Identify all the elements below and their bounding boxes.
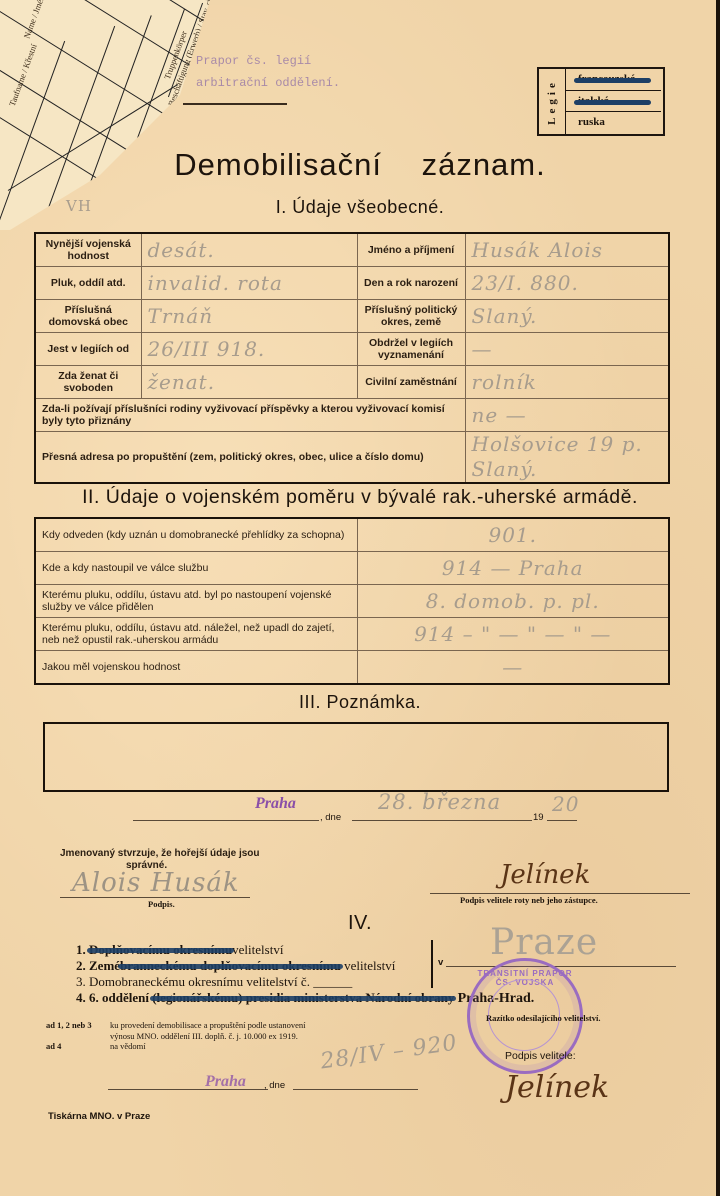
legie-label: Legie bbox=[546, 79, 558, 125]
office-stamp-line2: arbitrační oddělení. bbox=[196, 72, 340, 94]
field-value[interactable]: — bbox=[357, 651, 669, 685]
legie-option-italian: italská bbox=[566, 91, 663, 112]
date-line-2 bbox=[293, 1089, 418, 1090]
general-info-wide-row: Přesná adresa po propuštění (zem, politi… bbox=[35, 432, 669, 484]
field-value[interactable]: Trnáň bbox=[141, 300, 357, 333]
soldier-signature: Alois Husák bbox=[72, 868, 240, 898]
struck-text: branneckému doplňovacímu okresnímu bbox=[120, 958, 341, 974]
signature-line bbox=[60, 897, 250, 898]
field-label: Kterému pluku, oddílu, ústavu atd. byl p… bbox=[35, 585, 357, 618]
company-commander-signature: Jelínek bbox=[500, 860, 590, 890]
field-value[interactable]: 26/III 918. bbox=[141, 333, 357, 366]
commander-signature: Jelínek bbox=[505, 1070, 609, 1105]
field-value[interactable]: — bbox=[465, 333, 669, 366]
year-prefix: 19 bbox=[533, 812, 544, 823]
general-info-row: Pluk, oddíl atd.invalid. rotaDen a rok n… bbox=[35, 267, 669, 300]
dne-label-2: , dne bbox=[264, 1080, 285, 1091]
footnote-text-1: ku provedení demobilisace a propuštění p… bbox=[110, 1020, 330, 1042]
recipient-item-3: 3. Domobraneckému okresnímu velitelství … bbox=[76, 974, 534, 990]
date-line bbox=[352, 820, 532, 821]
field-label: Zda-li požívají příslušníci rodiny vyživ… bbox=[35, 399, 465, 432]
general-info-table: Nynější vojenská hodnostdesát.Jméno a př… bbox=[34, 232, 670, 484]
struck-text: (legionářskému) presidia ministerstva Ná… bbox=[152, 990, 454, 1006]
field-value[interactable]: ne — bbox=[465, 399, 669, 432]
military-history-row: Kde a kdy nastoupil ve válce službu914 —… bbox=[35, 552, 669, 585]
general-info-wide-row: Zda-li požívají příslušníci rodiny vyživ… bbox=[35, 399, 669, 432]
legie-box: Legie francouzská italská ruska bbox=[537, 67, 665, 136]
field-value[interactable]: invalid. rota bbox=[141, 267, 357, 300]
v-value: Praze bbox=[490, 922, 598, 963]
signature-label: Podpis. bbox=[148, 899, 175, 909]
year-line bbox=[547, 820, 577, 821]
confirmation-text-1: Jmenovaný stvrzuje, že hořejší údaje jso… bbox=[60, 848, 260, 859]
legie-option-russian: ruska bbox=[566, 112, 663, 133]
title-word1: Demobilisační bbox=[174, 147, 382, 182]
struck-text: Doplňovacímu okresnímu bbox=[89, 942, 232, 958]
note-box[interactable] bbox=[43, 722, 669, 792]
place-stamp-praha: Praha bbox=[255, 795, 296, 813]
footnote-ref-2: ad 4 bbox=[46, 1041, 61, 1051]
field-label: Civilní zaměstnání bbox=[357, 366, 465, 399]
general-info-row: Zda ženat či svobodenženat.Civilní zaměs… bbox=[35, 366, 669, 399]
recipient-item-4: 4. 6. oddělení (legionářskému) presidia … bbox=[76, 990, 534, 1007]
section1-heading: I. Údaje všeobecné. bbox=[0, 197, 720, 218]
place-line-2 bbox=[108, 1089, 268, 1090]
general-info-row: Příslušná domovská obecTrnáňPříslušný po… bbox=[35, 300, 669, 333]
page-edge bbox=[716, 0, 720, 1200]
field-label: Kterému pluku, oddílu, ústavu atd. nálež… bbox=[35, 618, 357, 651]
field-label: Obdržel v legiích vyznamenání bbox=[357, 333, 465, 366]
field-value[interactable]: 901. bbox=[357, 518, 669, 552]
stamp-caption: Razítko odesílajícího velitelství. bbox=[486, 1013, 601, 1023]
field-label: Jméno a příjmení bbox=[357, 233, 465, 267]
folded-corner-sheet: Stand, Charakter, Beschäftigung (Erwerb)… bbox=[0, 0, 240, 230]
field-value[interactable]: 914 — Praha bbox=[357, 552, 669, 585]
military-history-row: Kterému pluku, oddílu, ústavu atd. nálež… bbox=[35, 618, 669, 651]
field-label: Zda ženat či svoboden bbox=[35, 366, 141, 399]
footnote-ref-1: ad 1, 2 neb 3 bbox=[46, 1020, 106, 1030]
field-value[interactable]: ženat. bbox=[141, 366, 357, 399]
commander-signature-line bbox=[430, 893, 690, 894]
pencil-date: 28/IV – 920 bbox=[319, 1031, 459, 1075]
field-label: Příslušná domovská obec bbox=[35, 300, 141, 333]
document-title: Demobilisační záznam. bbox=[0, 147, 720, 183]
field-label: Kde a kdy nastoupil ve válce službu bbox=[35, 552, 357, 585]
dne-label: , dne bbox=[320, 812, 341, 823]
field-label: Jest v legiích od bbox=[35, 333, 141, 366]
field-value[interactable]: Husák Alois bbox=[465, 233, 669, 267]
office-stamp: Prapor čs. legií arbitrační oddělení. bbox=[196, 50, 340, 94]
place-line bbox=[133, 820, 319, 821]
section3-heading: III. Poznámka. bbox=[0, 692, 720, 713]
field-label: Nynější vojenská hodnost bbox=[35, 233, 141, 267]
legie-option-french: francouzská bbox=[566, 69, 663, 90]
section2-heading: II. Údaje o vojenském poměru v bývalé ra… bbox=[0, 486, 720, 509]
field-label: Jakou měl vojenskou hodnost bbox=[35, 651, 357, 685]
field-value[interactable]: 914 – " — " — " — bbox=[357, 618, 669, 651]
military-history-row: Kterému pluku, oddílu, ústavu atd. byl p… bbox=[35, 585, 669, 618]
field-label: Kdy odveden (kdy uznán u domobranecké př… bbox=[35, 518, 357, 552]
date-value: 28. března bbox=[378, 790, 501, 814]
v-line bbox=[446, 966, 676, 967]
top-rule bbox=[183, 103, 287, 105]
field-label: Den a rok narození bbox=[357, 267, 465, 300]
general-info-row: Nynější vojenská hodnostdesát.Jméno a př… bbox=[35, 233, 669, 267]
military-history-table: Kdy odveden (kdy uznán u domobranecké př… bbox=[34, 517, 670, 685]
recipient-item-1: 1. Doplňovacímu okresnímuvelitelství bbox=[76, 942, 534, 958]
office-stamp-line1: Prapor čs. legií bbox=[196, 50, 340, 72]
printer-imprint: Tiskárna MNO. v Praze bbox=[48, 1111, 150, 1122]
field-value[interactable]: desát. bbox=[141, 233, 357, 267]
commander-signature-label: Podpis velitele roty neb jeho zástupce. bbox=[460, 895, 598, 905]
page-bottom-edge bbox=[0, 1196, 720, 1200]
general-info-row: Jest v legiích od26/III 918.Obdržel v le… bbox=[35, 333, 669, 366]
commander-label: Podpis velitele: bbox=[505, 1050, 576, 1062]
field-label: Příslušný politický okres, země bbox=[357, 300, 465, 333]
field-value[interactable]: 23/I. 880. bbox=[465, 267, 669, 300]
field-value[interactable]: rolník bbox=[465, 366, 669, 399]
field-value[interactable]: Slaný. bbox=[465, 300, 669, 333]
field-value[interactable]: 8. domob. p. pl. bbox=[357, 585, 669, 618]
section4-heading: IV. bbox=[0, 912, 720, 935]
recipients-list: 1. Doplňovacímu okresnímuvelitelství 2. … bbox=[76, 942, 534, 1007]
title-word2: záznam. bbox=[422, 147, 546, 182]
military-history-row: Kdy odveden (kdy uznán u domobranecké př… bbox=[35, 518, 669, 552]
field-label: Pluk, oddíl atd. bbox=[35, 267, 141, 300]
footnote-text-2: na vědomí bbox=[110, 1041, 146, 1051]
brace bbox=[425, 940, 433, 988]
year-value: 20 bbox=[552, 792, 579, 816]
field-value[interactable]: Holšovice 19 p. Slaný. bbox=[465, 432, 669, 484]
v-label: v bbox=[438, 957, 443, 968]
military-history-row: Jakou měl vojenskou hodnost— bbox=[35, 651, 669, 685]
field-label: Přesná adresa po propuštění (zem, politi… bbox=[35, 432, 465, 484]
